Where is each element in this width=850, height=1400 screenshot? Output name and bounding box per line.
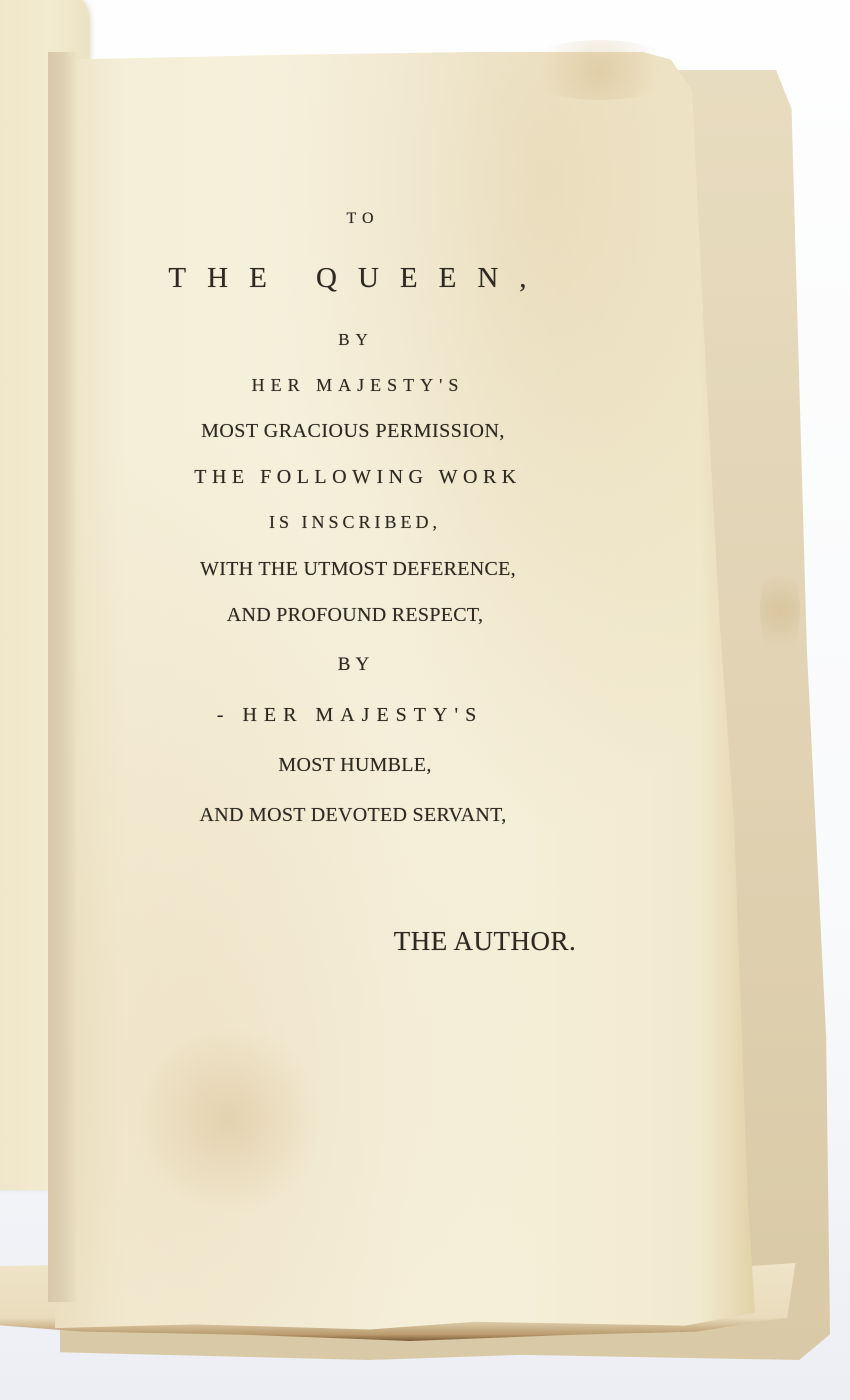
dedication-line-gracious-permission: MOST GRACIOUS PERMISSION,: [201, 420, 505, 443]
dedication-text-block: TO THE QUEEN, BY HER MAJESTY'S MOST GRAC…: [0, 0, 850, 1400]
dedication-signature: THE AUTHOR.: [394, 926, 577, 957]
dedication-line-her-majestys: HER MAJESTY'S: [252, 375, 465, 396]
dedication-line-to: TO: [346, 210, 379, 228]
dedication-line-utmost-deference: WITH THE UTMOST DEFERENCE,: [200, 558, 516, 581]
dedication-line-most-humble: MOST HUMBLE,: [278, 754, 431, 777]
dedication-line-following-work: THE FOLLOWING WORK: [194, 466, 522, 489]
dedication-line-profound-respect: AND PROFOUND RESPECT,: [227, 604, 484, 627]
dedication-line-devoted-servant: AND MOST DEVOTED SERVANT,: [199, 804, 506, 827]
dedication-line-by-second: BY: [338, 654, 374, 676]
dedication-line-her-majestys-second: - HER MAJESTY'S: [217, 704, 483, 727]
dedication-line-inscribed: IS INSCRIBED,: [269, 512, 441, 533]
dedication-line-by: BY: [338, 330, 374, 350]
dedication-line-the-queen: THE QUEEN,: [168, 262, 547, 295]
